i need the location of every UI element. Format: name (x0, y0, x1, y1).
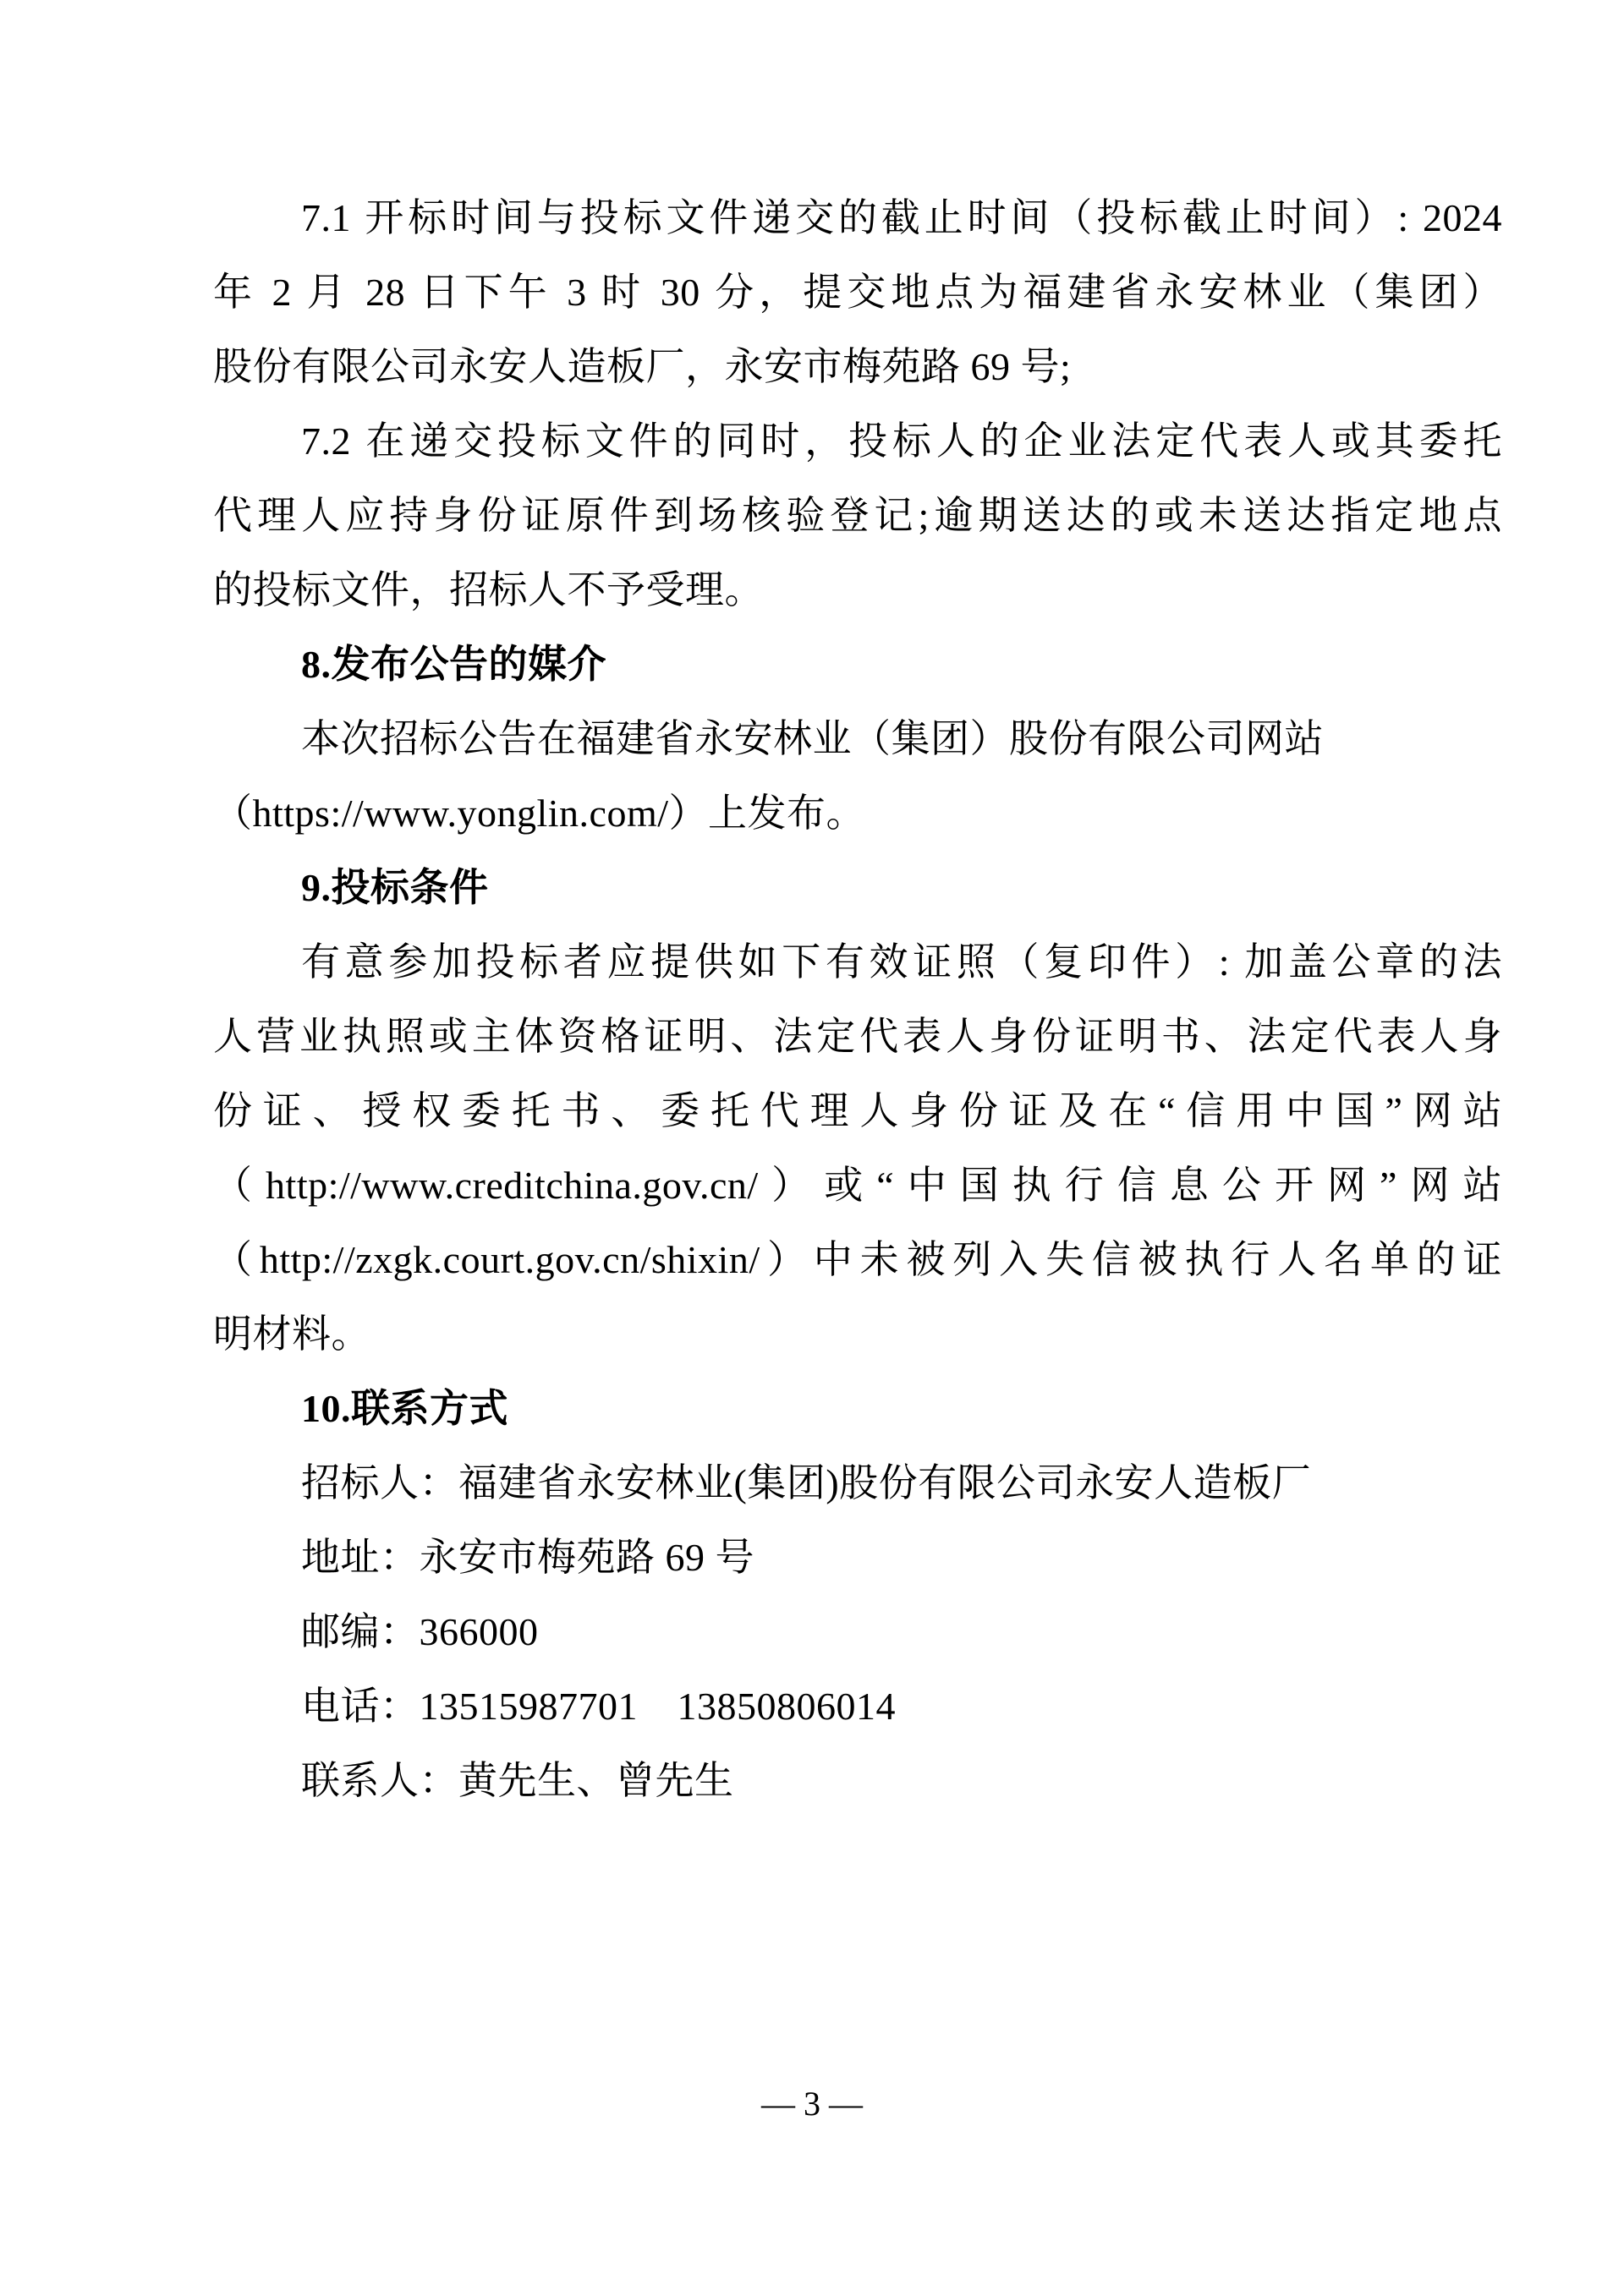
para-8-line-2: （https://www.yonglin.com/）上发布。 (213, 776, 1502, 851)
contact-bidder: 招标人：福建省永安林业(集团)股份有限公司永安人造板厂 (213, 1446, 1502, 1521)
page-number: — 3 — (0, 2080, 1624, 2128)
heading-9: 9.投标条件 (213, 851, 1502, 925)
para-9-line-2: 人营业执照或主体资格证明、法定代表人身份证明书、法定代表人身 (213, 1000, 1502, 1074)
para-9-line-3: 份证、授权委托书、委托代理人身份证及在“信用中国”网站 (213, 1074, 1502, 1148)
heading-10: 10.联系方式 (213, 1372, 1502, 1446)
para-7-2-line-1: 7.2 在递交投标文件的同时，投标人的企业法定代表人或其委托 (213, 404, 1502, 479)
para-9-line-6: 明材料。 (213, 1297, 1502, 1372)
para-9-line-5: （http://zxgk.court.gov.cn/shixin/）中未被列入失… (213, 1223, 1502, 1297)
contact-person: 联系人：黄先生、曾先生 (213, 1744, 1502, 1818)
para-9-line-4: （http://www.creditchina.gov.cn/）或“中国执行信息… (213, 1148, 1502, 1223)
contact-postcode: 邮编：366000 (213, 1595, 1502, 1669)
heading-8: 8.发布公告的媒介 (213, 627, 1502, 702)
para-7-2-line-2: 代理人应持身份证原件到场核验登记;逾期送达的或未送达指定地点 (213, 479, 1502, 553)
contact-phone: 电话：13515987701 13850806014 (213, 1669, 1502, 1744)
document-page: 7.1 开标时间与投标文件递交的截止时间（投标截止时间）: 2024年 2 月 … (0, 0, 1624, 2296)
para-8-line-1: 本次招标公告在福建省永安林业（集团）股份有限公司网站 (213, 702, 1502, 776)
para-7-1-line-1: 7.1 开标时间与投标文件递交的截止时间（投标截止时间）: 2024 (213, 181, 1502, 255)
document-lines: 7.1 开标时间与投标文件递交的截止时间（投标截止时间）: 2024年 2 月 … (213, 181, 1502, 1818)
contact-address: 地址：永安市梅苑路 69 号 (213, 1521, 1502, 1595)
para-7-1-line-3: 股份有限公司永安人造板厂，永安市梅苑路 69 号; (213, 330, 1502, 404)
para-7-2-line-3: 的投标文件，招标人不予受理。 (213, 553, 1502, 627)
para-7-1-line-2: 年 2 月 28 日下午 3 时 30 分，提交地点为福建省永安林业（集团） (213, 255, 1502, 330)
para-9-line-1: 有意参加投标者应提供如下有效证照（复印件）: 加盖公章的法 (213, 925, 1502, 1000)
